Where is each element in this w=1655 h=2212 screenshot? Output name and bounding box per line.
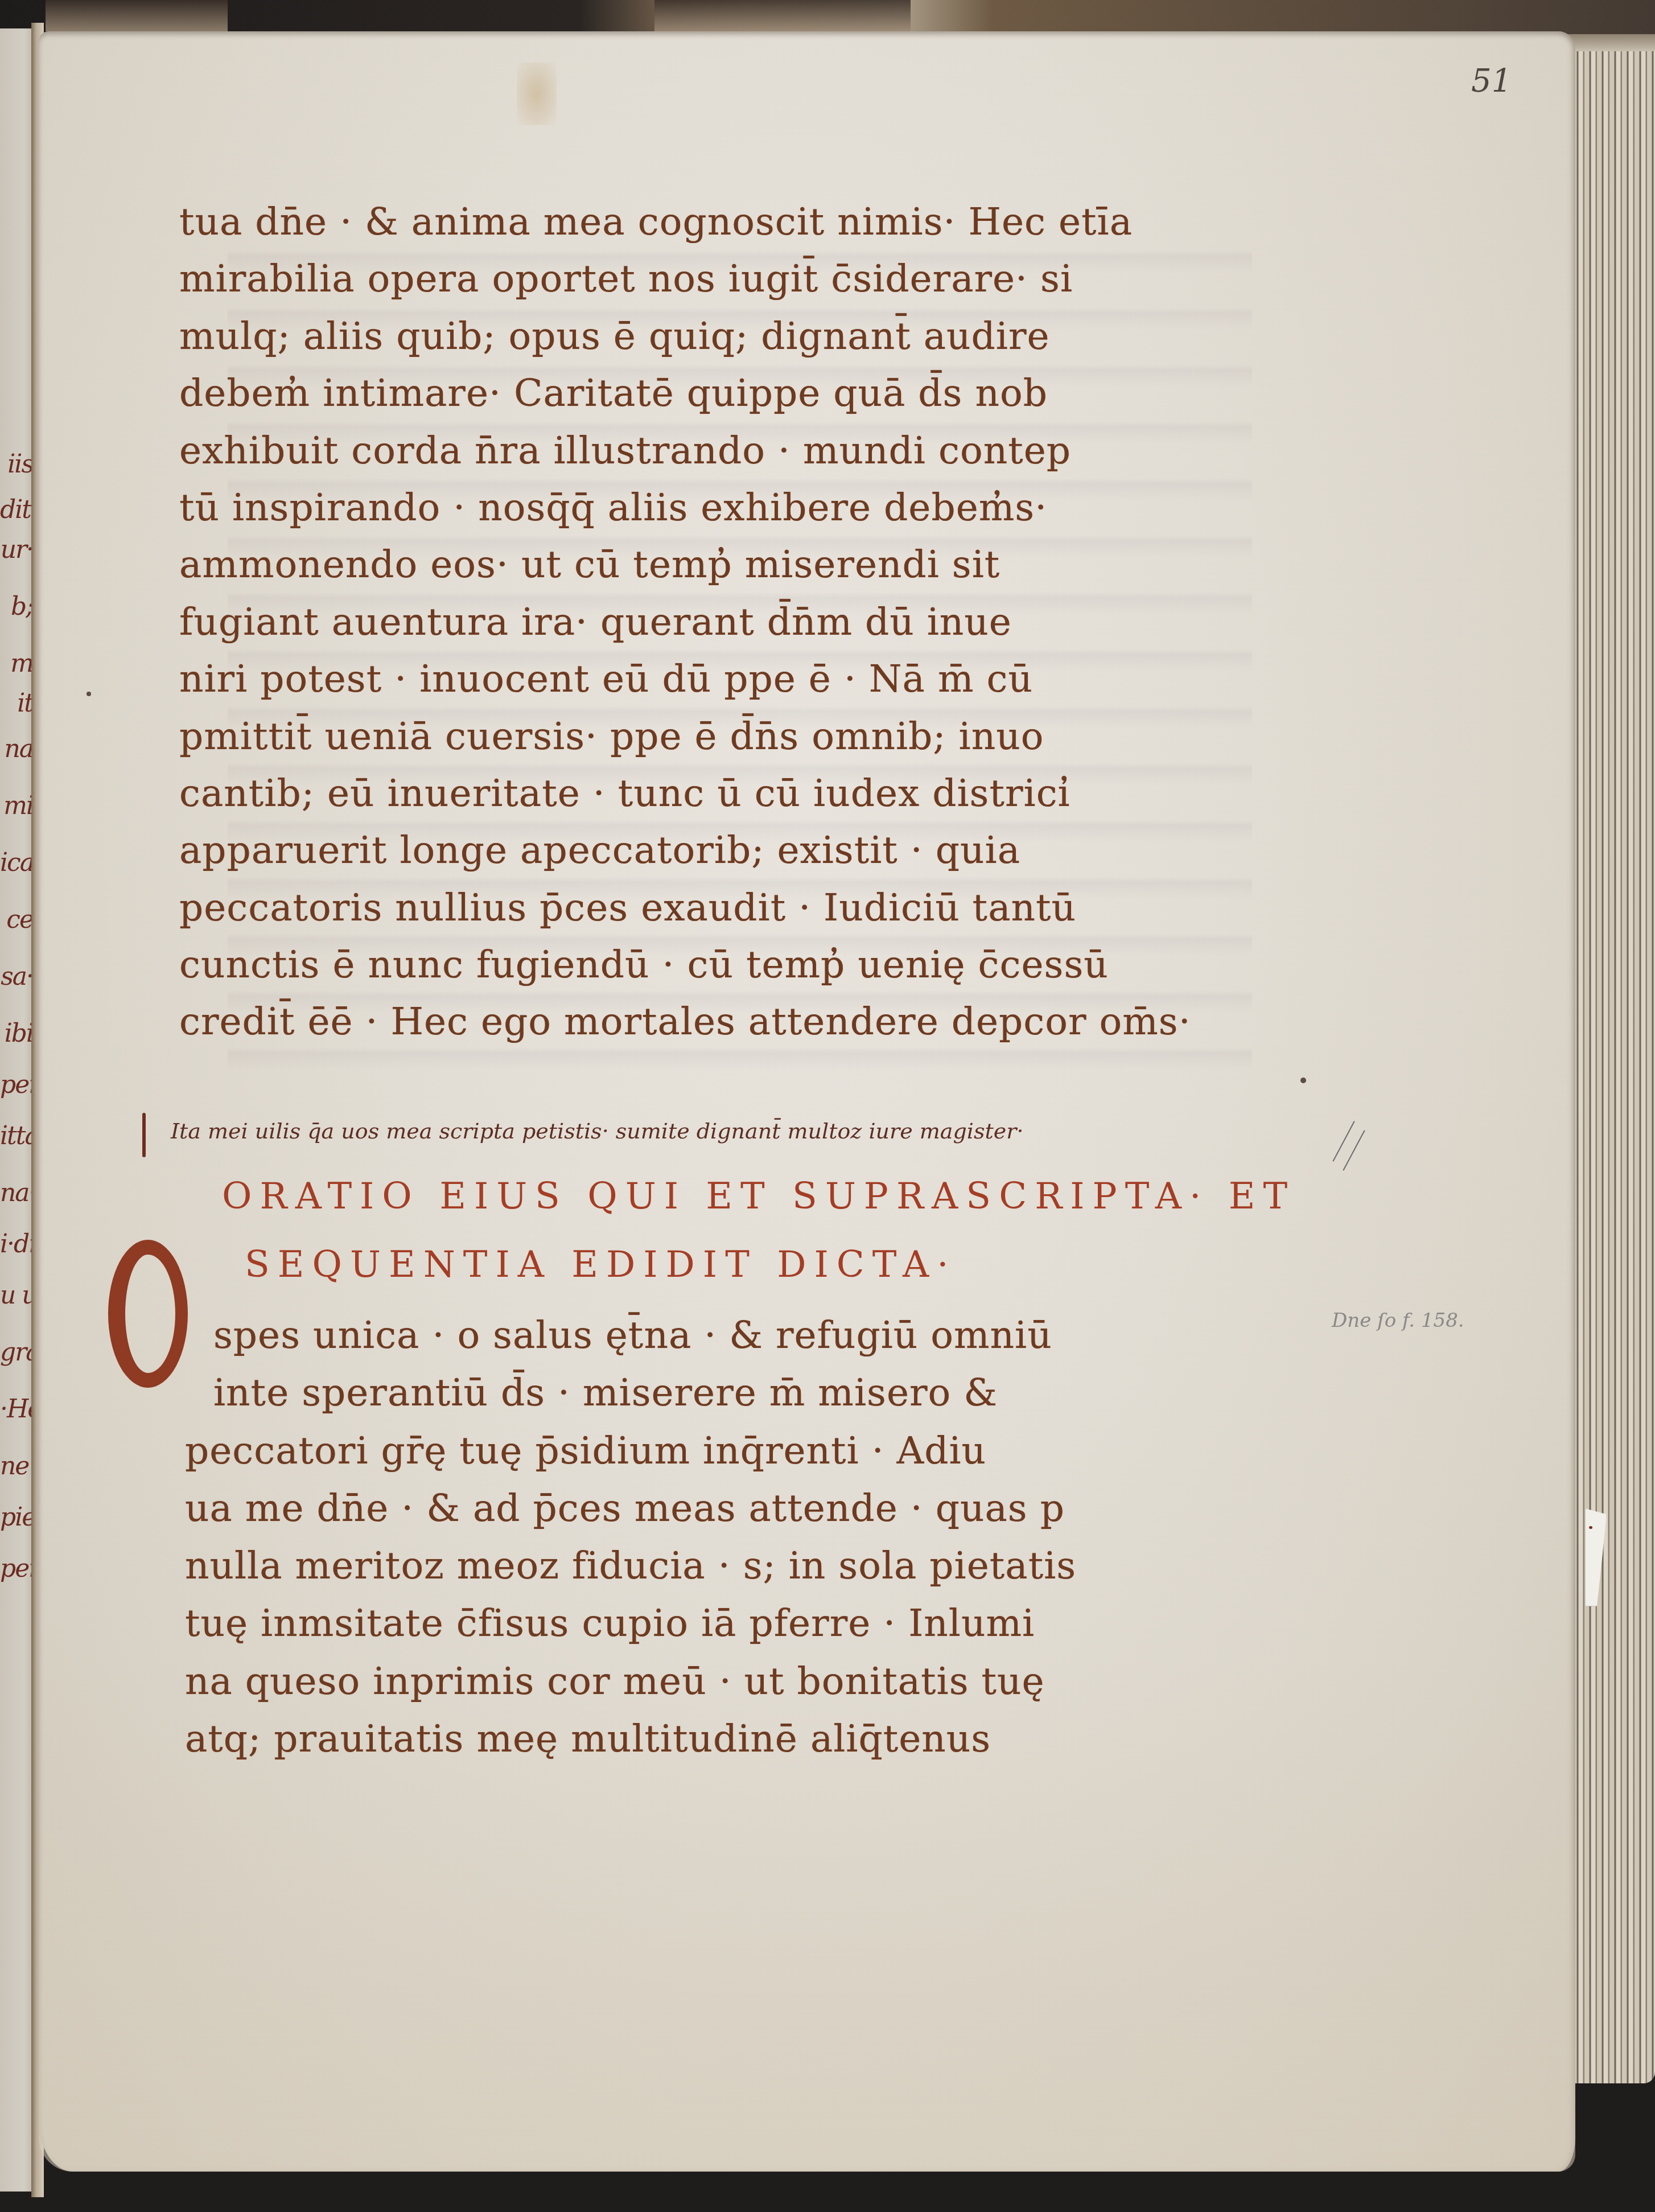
verse-bracket-mark	[142, 1113, 146, 1157]
verso-page-edge: iis dit· ur· b; m it̄ na mi ica ce sa· i…	[0, 28, 36, 2192]
prayer-line: nulla meritoz meoz fiducia · s; in sola …	[185, 1537, 1323, 1594]
left-page-fragment: ne dix·	[0, 1452, 33, 1481]
left-page-fragment: dit·	[0, 495, 33, 524]
rubric-heading-line-1: ORATIO EIUS QUI ET SUPRASCRIPTA· ET	[222, 1175, 1303, 1218]
text-line: pmittit̄ ueniā cuersis· ppe ē d̄n̄s om…	[179, 708, 1289, 765]
water-stain	[517, 63, 557, 125]
left-page-fragment: gram·	[0, 1338, 33, 1367]
left-page-fragment: pietlu	[0, 1503, 33, 1532]
rubric-heading-line-2: SEQUENTIA EDIDIT DICTA·	[245, 1244, 1326, 1286]
left-page-fragment: na	[0, 734, 33, 763]
left-page-fragment: sa·	[0, 962, 33, 991]
prayer-line: spes unica · o salus ęt̄na · & refugiū…	[213, 1306, 1323, 1364]
tab-dot	[1589, 1526, 1592, 1529]
pencil-cross-reference-note: Dne ſo f. 158.	[1332, 1309, 1464, 1332]
prayer-line: peccatori gr̄ę tuę p̄sidium inq̄renti …	[185, 1422, 1323, 1479]
text-line: cantib; eū inueritate · tunc ū cū iud…	[179, 765, 1289, 822]
binding-fabric	[46, 0, 228, 31]
text-line: credit̄ ēē · Hec ego mortales attender…	[179, 993, 1289, 1050]
text-line: exhibuit corda n̄ra illustrando · mundi …	[179, 422, 1289, 479]
prayer-line: na queso inprimis cor meū · ut bonitati…	[185, 1652, 1323, 1710]
text-line: niri potest · inuocent eū dū ppe ē · …	[179, 651, 1289, 708]
left-page-fragment: itta·	[0, 1121, 33, 1150]
text-line: peccatoris nullius p̄ces exaudit · Iudic…	[179, 879, 1289, 936]
left-page-fragment: i·dm̄	[0, 1230, 33, 1259]
text-line: fugiant auentura ira· querant d̄n̄m dū …	[179, 594, 1289, 651]
binding-top-strip	[0, 0, 1655, 34]
prayer-line: inte sperantiū d̄s · miserere m̄ misero…	[213, 1364, 1323, 1421]
prayer-line: ua me dn̄e · & ad p̄ces meas attende · q…	[185, 1479, 1323, 1537]
left-page-fragment: u ue	[0, 1281, 33, 1310]
text-line: cunctis ē nunc fugiendū · cū temp̓ ue…	[179, 936, 1289, 993]
binding-fabric	[654, 0, 911, 31]
left-page-fragment: b;	[0, 592, 33, 621]
left-page-fragment: ur·	[0, 535, 33, 564]
left-page-fragment: ibi	[0, 1019, 33, 1048]
text-line: debem̓ intimare· Caritatē quippe quā d…	[179, 365, 1289, 422]
verse-line: Ita mei uilis q̄a uos mea scripta petist…	[171, 1119, 1303, 1144]
left-page-fragment: ·Hec	[0, 1395, 33, 1424]
prayer-text-block: spes unica · o salus ęt̄na · & refugiū…	[213, 1306, 1323, 1767]
main-text-block: tua dn̄e · & anima mea cognoscit nimis· …	[179, 194, 1289, 1051]
text-line: tua dn̄e · & anima mea cognoscit nimis· …	[179, 194, 1289, 250]
decorated-initial-o	[108, 1240, 188, 1388]
text-line: ammonendo eos· ut cū temp̓ miserendi si…	[179, 536, 1289, 593]
text-line: mirabilia opera oportet nos iugit̄ c̄sid…	[179, 250, 1289, 307]
left-page-fragment: pen	[0, 1070, 33, 1099]
left-page-fragment: ce	[0, 905, 33, 934]
prayer-line: atq; prauitatis meę multitudinē aliq̄t…	[185, 1710, 1323, 1767]
margin-dot	[87, 692, 91, 696]
left-page-fragment: ica	[0, 848, 33, 877]
left-page-fragment: iis	[0, 450, 33, 479]
left-page-fragment: mi	[0, 791, 33, 820]
prayer-line: tuę inmsitate c̄fisus cupio iā pferre …	[185, 1594, 1323, 1652]
left-page-fragment: it̄	[0, 689, 33, 718]
text-line: apparuerit longe apeccatorib; existit · …	[179, 822, 1289, 879]
text-line: mulq; aliis quib; opus ē quiq; dignant̄…	[179, 308, 1289, 365]
left-page-fragment: na·	[0, 1178, 33, 1207]
pencil-double-slash-mark	[1337, 1119, 1360, 1175]
left-page-fragment: pera	[0, 1554, 33, 1583]
text-line: tū inspirando · nosq̄q̄ aliis exhibere …	[179, 479, 1289, 536]
margin-dot	[1300, 1078, 1306, 1083]
folio-number: 51	[1471, 63, 1512, 100]
left-page-fragment: m	[0, 649, 33, 678]
